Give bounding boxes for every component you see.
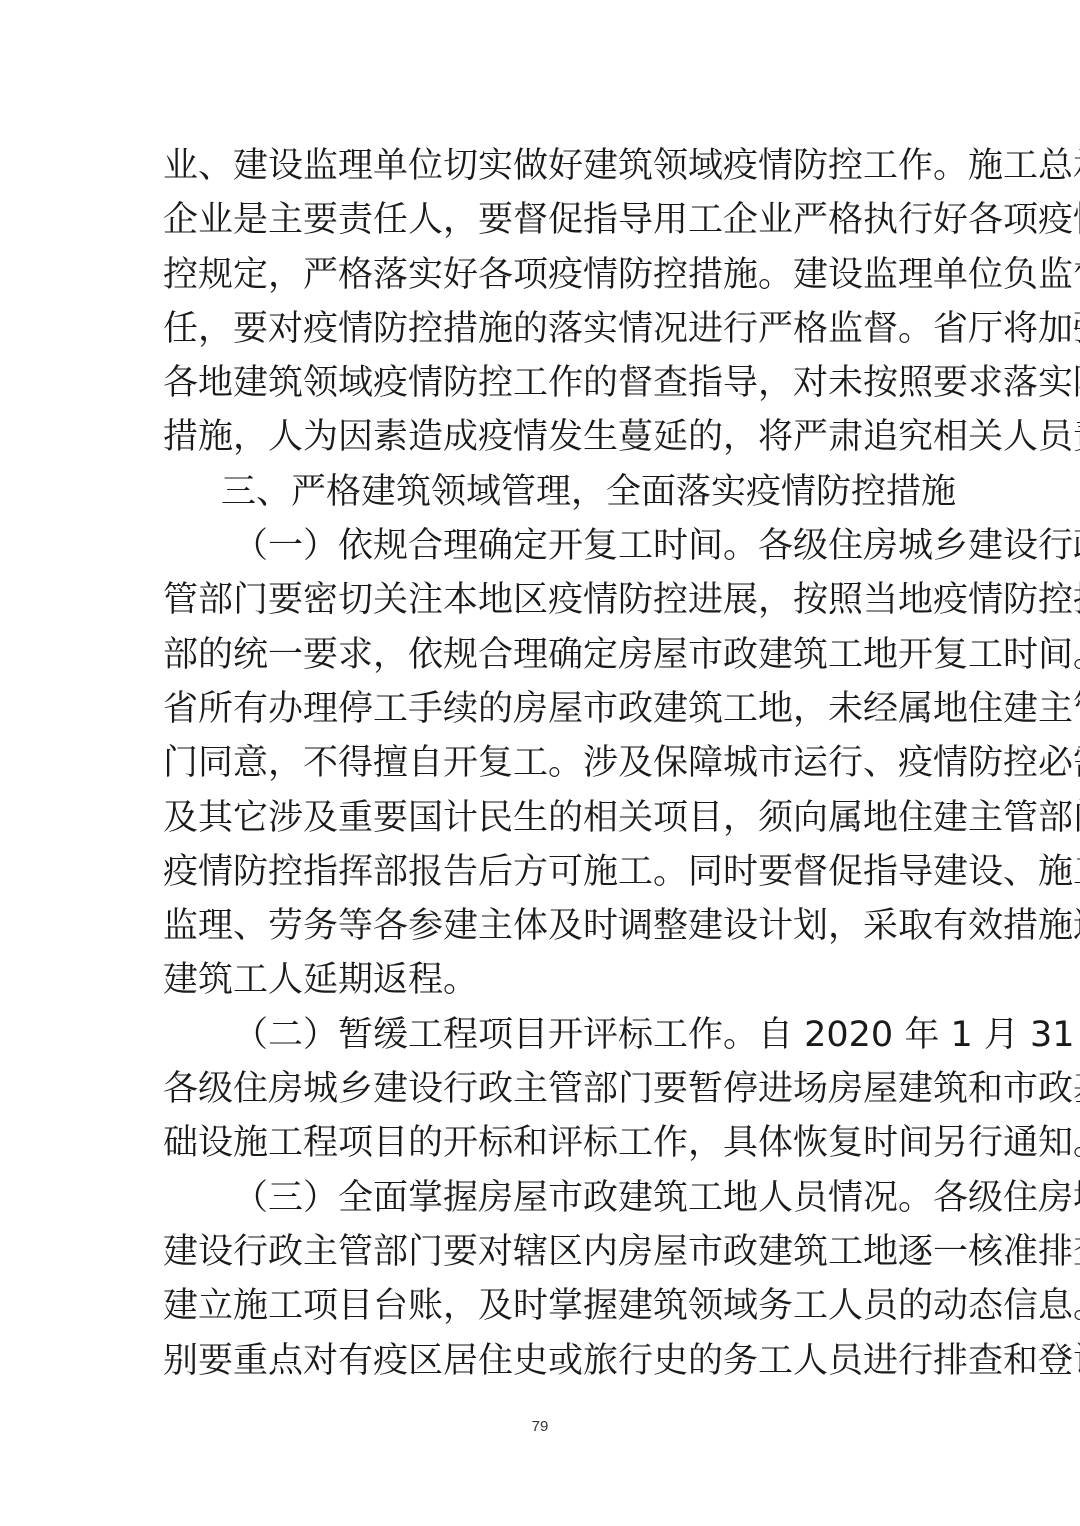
paragraph-responsibility: 业、建设监理单位切实做好建筑领域疫情防控工作。施工总承包 企业是主要责任人，要督… [163,139,923,465]
text-line: 各级住房城乡建设行政主管部门要暂停进场房屋建筑和市政基 [163,1062,923,1116]
text-line: 业、建设监理单位切实做好建筑领域疫情防控工作。施工总承包 [163,139,923,193]
text-line: （三）全面掌握房屋市政建筑工地人员情况。各级住房城乡 [163,1171,923,1225]
paragraph-item-3: （三）全面掌握房屋市政建筑工地人员情况。各级住房城乡 建设行政主管部门要对辖区内… [163,1171,923,1388]
section-heading: 三、严格建筑领域管理，全面落实疫情防控措施 [163,465,923,519]
text-line: 别要重点对有疫区居住史或旅行史的务工人员进行排查和登记， [163,1334,923,1388]
text-line: 监理、劳务等各参建主体及时调整建设计划，采取有效措施通知 [163,899,923,953]
text-line: 疫情防控指挥部报告后方可施工。同时要督促指导建设、施工、 [163,845,923,899]
text-line: 管部门要密切关注本地区疫情防控进展，按照当地疫情防控指挥 [163,573,923,627]
text-line: 础设施工程项目的开标和评标工作，具体恢复时间另行通知。 [163,1116,923,1170]
paragraph-item-2: （二）暂缓工程项目开评标工作。自 2020 年 1 月 31 日起， 各级住房城… [163,1008,923,1171]
text-line: 控规定，严格落实好各项疫情防控措施。建设监理单位负监督责 [163,248,923,302]
text-line: 及其它涉及重要国计民生的相关项目，须向属地住建主管部门和 [163,791,923,845]
page-number: 79 [0,1418,1080,1435]
text-line: 省所有办理停工手续的房屋市政建筑工地，未经属地住建主管部 [163,682,923,736]
document-page: 业、建设监理单位切实做好建筑领域疫情防控工作。施工总承包 企业是主要责任人，要督… [163,139,923,1388]
text-line: （二）暂缓工程项目开评标工作。自 2020 年 1 月 31 日起， [163,1008,923,1062]
text-line: （一）依规合理确定开复工时间。各级住房城乡建设行政主 [163,519,923,573]
section-heading-text: 三、严格建筑领域管理，全面落实疫情防控措施 [163,465,923,519]
text-line: 部的统一要求，依规合理确定房屋市政建筑工地开复工时间。全 [163,628,923,682]
text-line: 各地建筑领域疫情防控工作的督查指导，对未按照要求落实防控 [163,356,923,410]
text-line: 任，要对疫情防控措施的落实情况进行严格监督。省厅将加强对 [163,302,923,356]
text-line: 企业是主要责任人，要督促指导用工企业严格执行好各项疫情防 [163,193,923,247]
text-line: 措施，人为因素造成疫情发生蔓延的，将严肃追究相关人员责任。 [163,410,923,464]
text-line: 门同意，不得擅自开复工。涉及保障城市运行、疫情防控必需以 [163,736,923,790]
text-line: 建筑工人延期返程。 [163,953,923,1007]
paragraph-item-1: （一）依规合理确定开复工时间。各级住房城乡建设行政主 管部门要密切关注本地区疫情… [163,519,923,1008]
text-line: 建立施工项目台账，及时掌握建筑领域务工人员的动态信息。特 [163,1279,923,1333]
text-line: 建设行政主管部门要对辖区内房屋市政建筑工地逐一核准排查， [163,1225,923,1279]
